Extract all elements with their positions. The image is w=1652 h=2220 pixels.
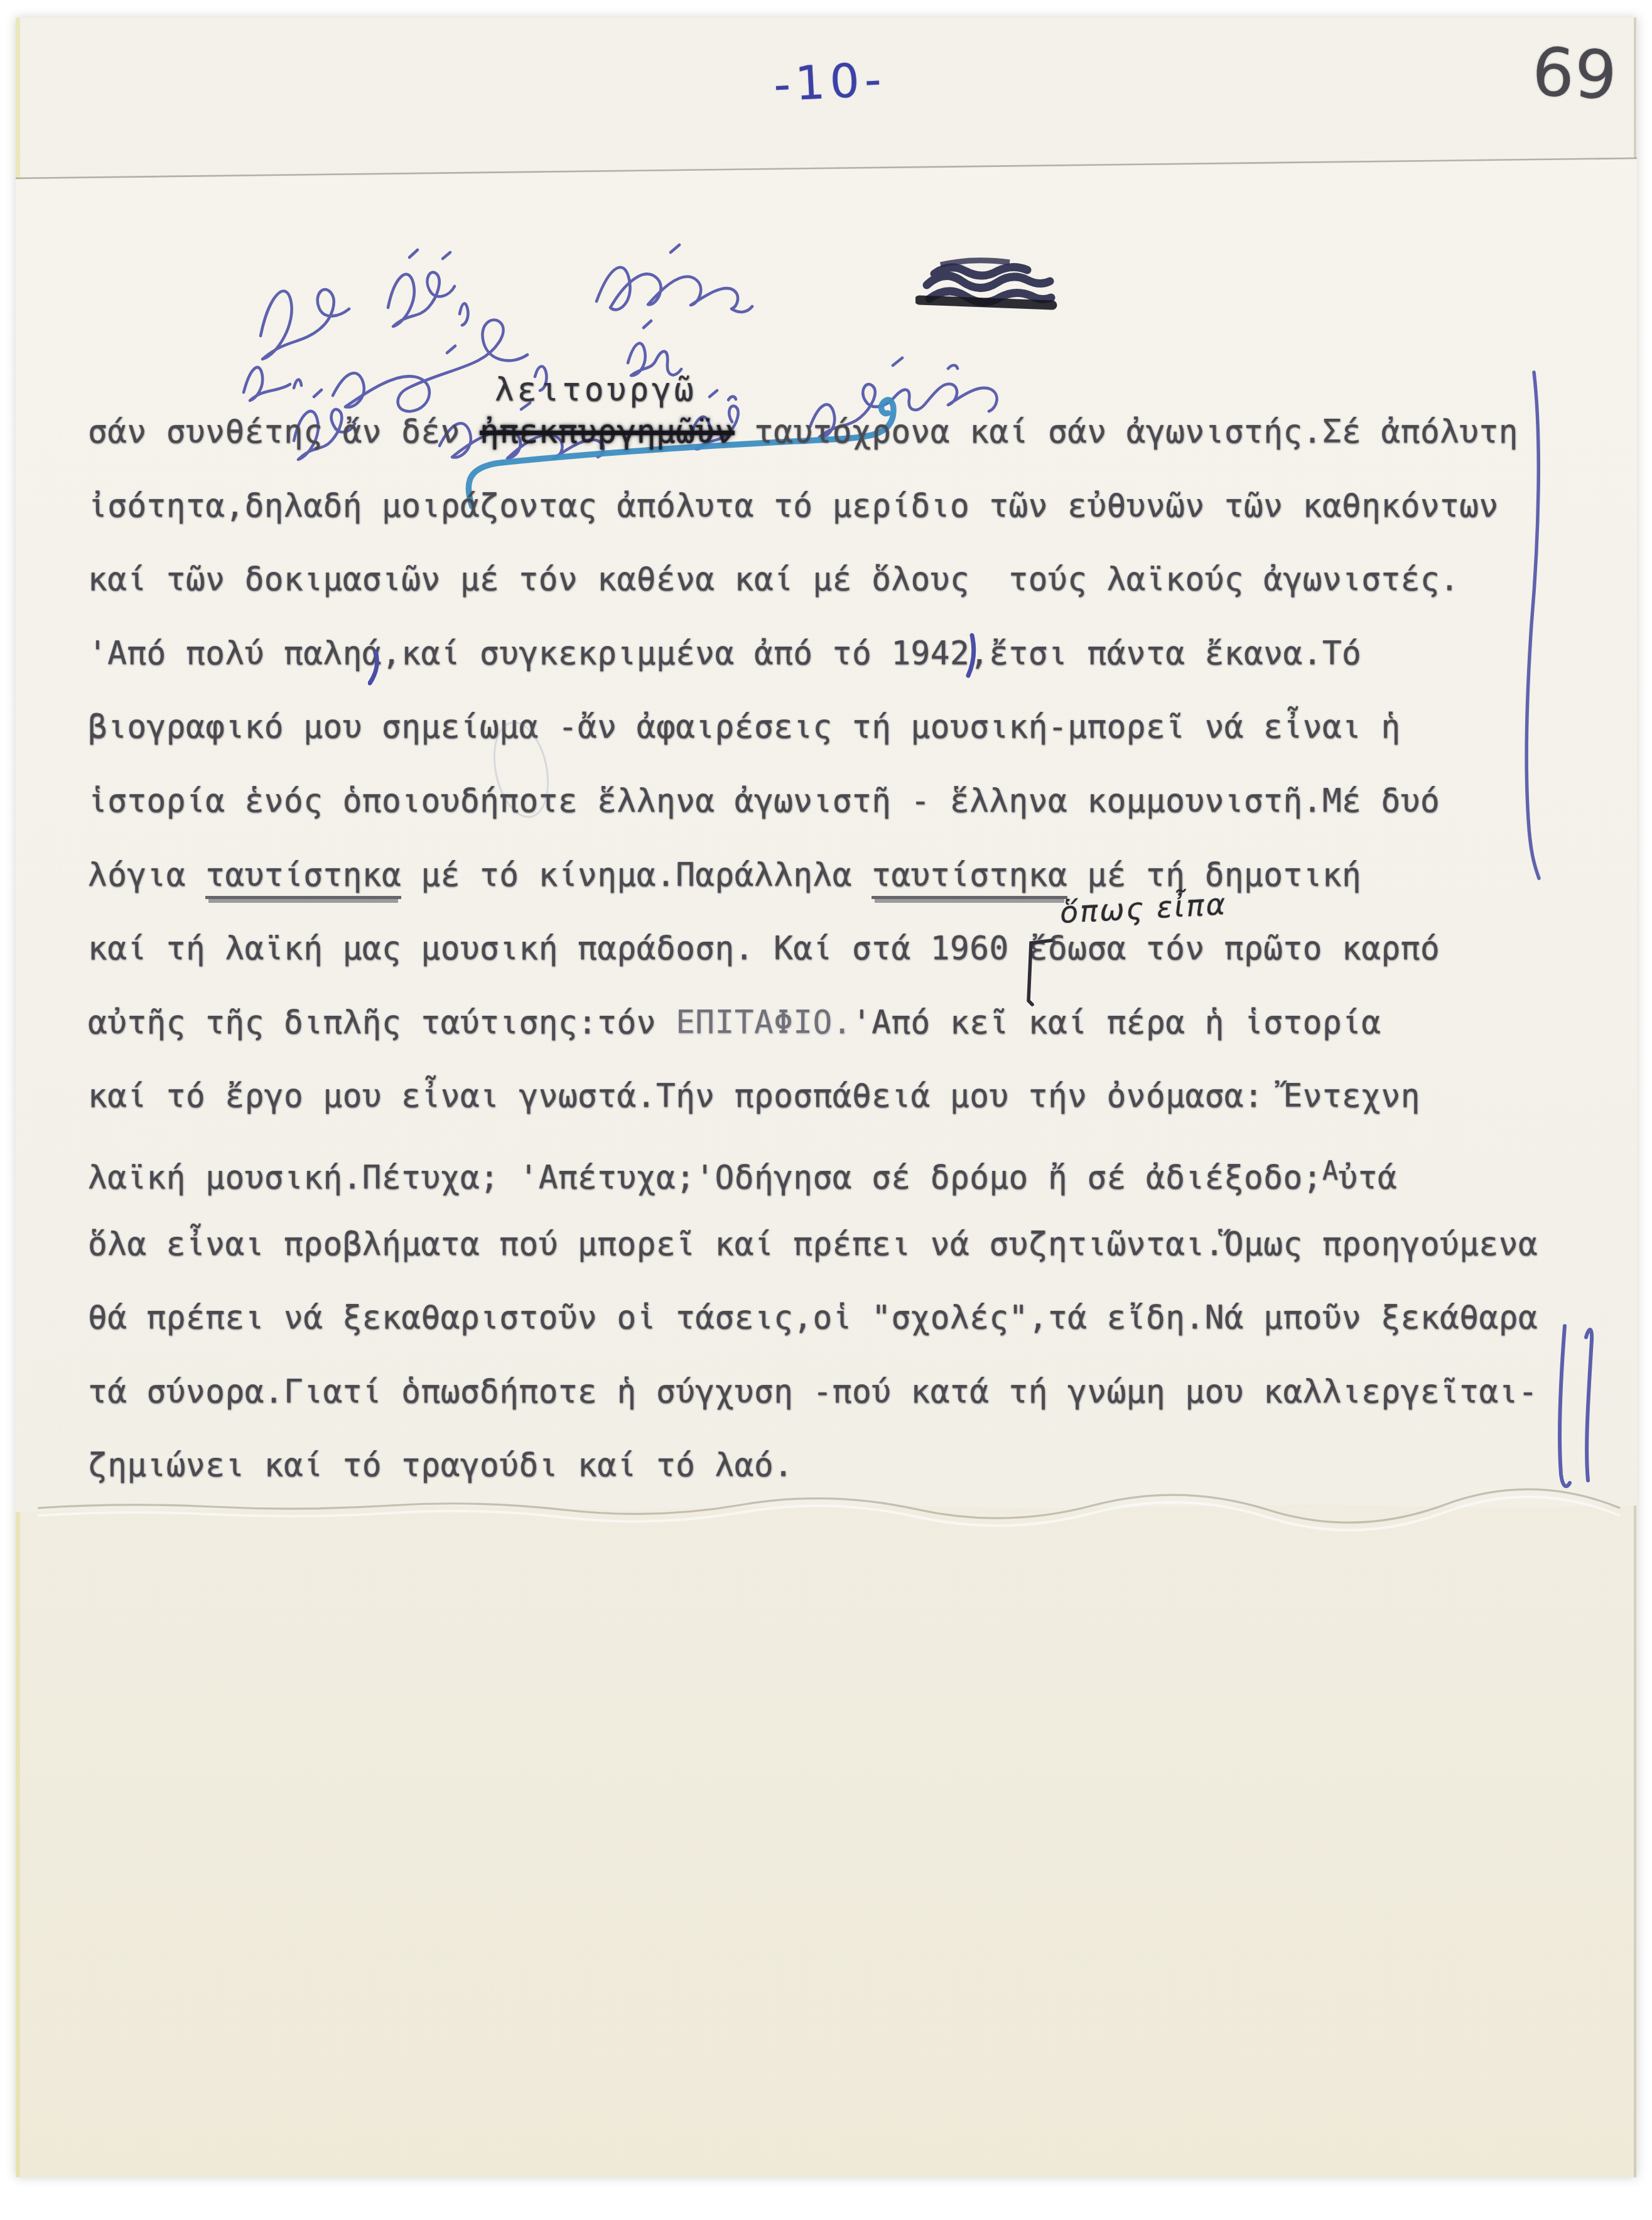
typed-line: ζημιώνει καί τό τραγούδι καί τό λαό. [88,1429,1595,1503]
typed-text: σάν συνθέτης ἄν δέν ἠπεκπυργημῶϋν ταυτόχ… [88,396,1595,1503]
typed-sheet-page-number: -10- [772,52,888,112]
faint-word: ΕΠΙΤΑΦΙΟ. [676,1005,852,1042]
typed-segment: καί τό ἔργο μου εἶναι γνωστά.Τήν προσπάθ… [88,1078,1420,1115]
typed-segment: ἱστορία ἑνός ὁποιουδήποτε ἕλληνα ἀγωνιστ… [88,783,1440,820]
typed-segment: σάν συνθέτης ἄν δέν [88,414,480,451]
typed-segment: ζημιώνει καί τό τραγούδι καί τό λαό. [88,1447,793,1484]
typed-line: θά πρέπει νά ξεκαθαριστοῦν οἱ τάσεις,οἱ … [88,1281,1595,1355]
typed-segment: 'Από πολύ παληά,καί συγκεκριμμένα ἀπό τό… [88,635,1361,672]
scanned-document: -10- 69 [0,0,1652,2220]
typed-line: ἰσότητα,δηλαδή μοιράζοντας ἀπόλυτα τό με… [88,470,1595,544]
typed-line: αὐτῆς τῆς διπλῆς ταύτισης:τόν ΕΠΙΤΑΦΙΟ.'… [88,986,1595,1060]
margin-double-tick-blue [1545,1312,1614,1501]
typed-segment: θά πρέπει νά ξεκαθαριστοῦν οἱ τάσεις,οἱ … [88,1300,1538,1337]
typed-line: καί τή λαϊκή μας μουσική παράδοση. Καί σ… [88,912,1595,986]
typed-line: ὅλα εἶναι προβλήματα πού μπορεῖ καί πρέπ… [88,1208,1595,1282]
typed-segment: λόγια [88,857,205,894]
handwritten-comma [368,647,387,691]
insertion-bracket [1023,934,1061,1013]
typed-segment: 'Από κεῖ καί πέρα ἡ ἱστορία [852,1005,1381,1042]
typed-segment: ὅλα εἶναι προβλήματα πού μπορεῖ καί πρέπ… [88,1226,1538,1263]
typed-segment: καί τή λαϊκή μας μουσική παράδοση. Καί σ… [88,930,1440,967]
scribbled-out-word [915,246,1060,328]
typed-line: σάν συνθέτης ἄν δέν ἠπεκπυργημῶϋν ταυτόχ… [88,396,1595,470]
typed-segment: βιογραφικό μου σημείωμα -ἄν ἀφαιρέσεις τ… [88,709,1401,746]
typed-line: καί τό ἔργο μου εἶναι γνωστά.Τήν προσπάθ… [88,1060,1595,1134]
typed-line: ἱστορία ἑνός ὁποιουδήποτε ἕλληνα ἀγωνιστ… [88,765,1595,839]
margin-line-blue [1510,361,1554,895]
typed-line: λόγια ταυτίστηκα μέ τό κίνημα.Παράλληλα … [88,839,1595,913]
struck-word: ἠπεκπυργημῶϋν [480,414,735,451]
typed-segment: ἰσότητα,δηλαδή μοιράζοντας ἀπόλυτα τό με… [88,488,1499,525]
handwritten-comma [966,632,985,682]
typed-line: 'Από πολύ παληά,καί συγκεκριμμένα ἀπό τό… [88,617,1595,691]
typed-segment: ταυτόχρονα καί σάν ἀγωνιστής.Σέ ἀπόλυτη [735,414,1518,451]
typed-segment: τά σύνορα.Γιατί ὁπωσδήποτε ἡ σύγχυση -πο… [88,1374,1538,1411]
typed-segment: ὐτά [1339,1160,1398,1197]
typed-segment: μέ τό κίνημα.Παράλληλα [401,857,872,894]
underlined-word: ταυτίστηκα [872,857,1067,899]
typed-line: καί τῶν δοκιμασιῶν μέ τόν καθένα καί μέ … [88,543,1595,617]
typed-segment: καί τῶν δοκιμασιῶν μέ τόν καθένα καί μέ … [88,561,1459,598]
typed-line: βιογραφικό μου σημείωμα -ἄν ἀφαιρέσεις τ… [88,691,1595,765]
backing-page-number: 69 [1530,33,1619,115]
typed-segment: λαϊκή μουσική.Πέτυχα; 'Απέτυχα;'Οδήγησα … [88,1160,1322,1197]
raised-letter: Α [1322,1155,1339,1186]
typed-line: τά σύνορα.Γιατί ὁπωσδήποτε ἡ σύγχυση -πο… [88,1355,1595,1430]
typed-segment: αὐτῆς τῆς διπλῆς ταύτισης:τόν [88,1005,676,1042]
typed-line: λαϊκή μουσική.Πέτυχα; 'Απέτυχα;'Οδήγησα … [88,1134,1595,1208]
underlined-word: ταυτίστηκα [205,857,401,899]
